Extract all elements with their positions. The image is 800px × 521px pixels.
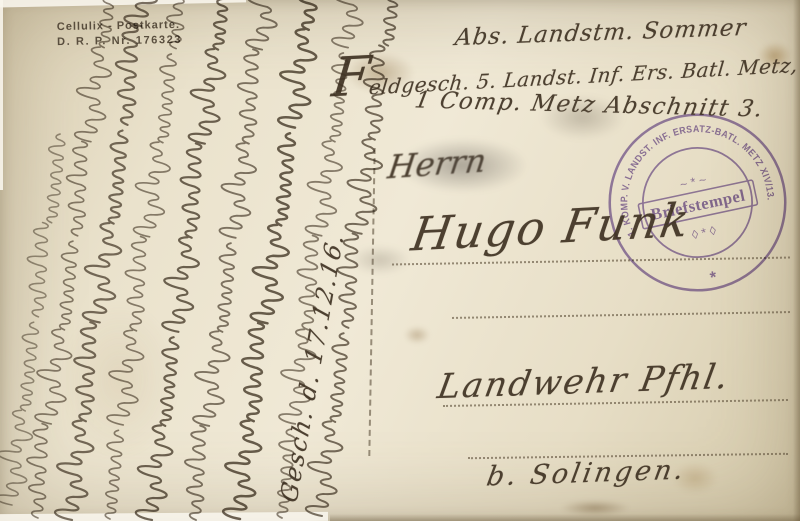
message-line: [131, 0, 241, 521]
message-line: [0, 132, 75, 507]
stamp-ornament-bottom: ◊ * ◊: [691, 223, 719, 242]
handwritten-sender-line3: 1 Comp. Metz Abschnitt 3.: [413, 87, 766, 122]
stamp-ornament-top: ~ * ~: [679, 173, 708, 192]
postcard-scan: Cellulix - Postkarte. D. R. P. Nr. 17632…: [0, 0, 800, 521]
handwritten-address-line2: Landwehr Pfhl.: [435, 357, 734, 407]
message-line: [17, 0, 127, 520]
handwritten-address-line3: b. Solingen.: [484, 454, 688, 492]
handwritten-salutation: Herrn: [385, 141, 488, 186]
stamp-bottom-star: *: [708, 267, 719, 287]
